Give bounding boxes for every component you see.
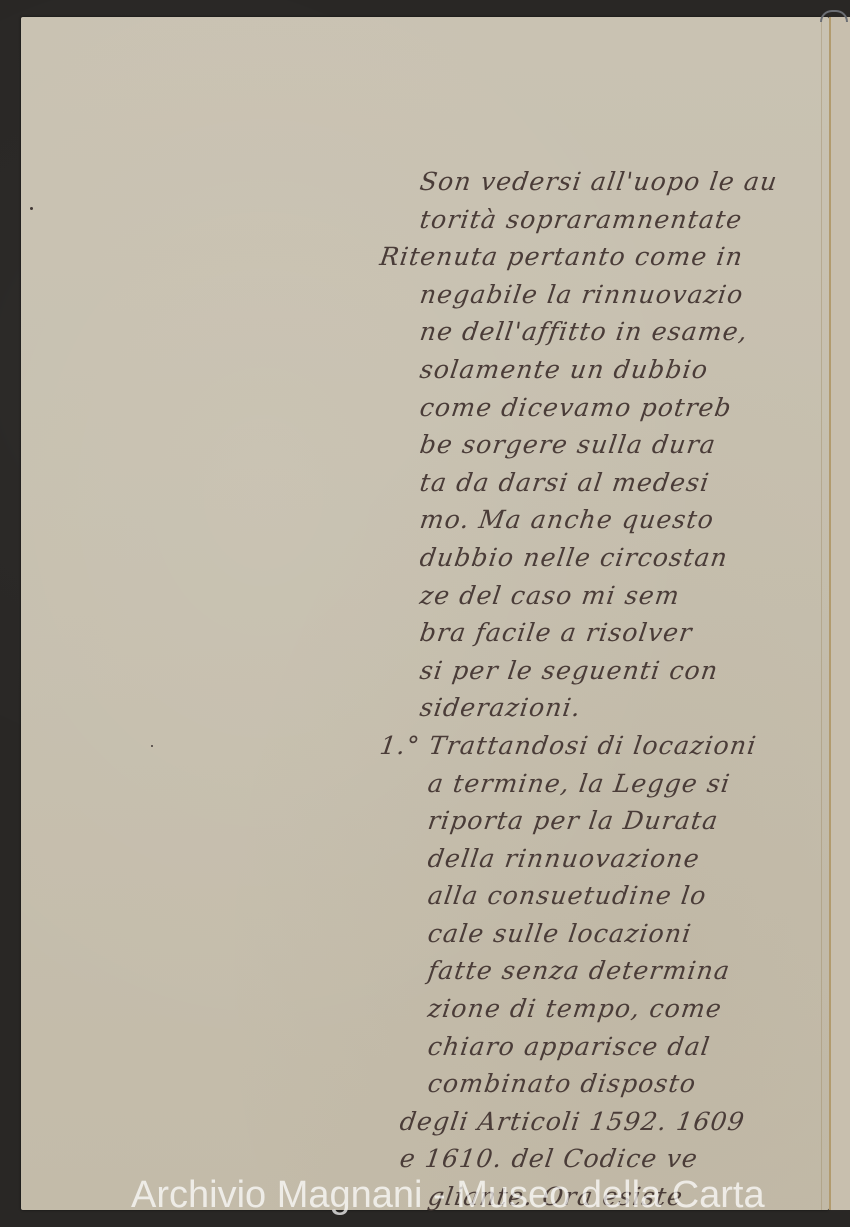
text-line: combinato disposto [347,1065,827,1103]
text-line: negabile la rinnuovazio [347,276,827,314]
ink-spot [30,207,33,210]
handwritten-text: Son vedersi all'uopo le au torità soprar… [350,163,825,1216]
text-line: Ritenuta pertanto come in [347,238,827,276]
text-line: ne dell'affitto in esame, [347,313,827,351]
text-line: dubbio nelle circostan [347,539,827,577]
text-line: si per le seguenti con [347,652,827,690]
text-line: bra facile a risolver [347,614,827,652]
text-line: 1.° Trattandosi di locazioni [347,727,827,765]
text-line: Son vedersi all'uopo le au [347,163,827,201]
text-line: siderazioni. [347,689,827,727]
text-line: solamente un dubbio [347,351,827,389]
text-line: ta da darsi al medesi [347,464,827,502]
text-line: ze del caso mi sem [347,577,827,615]
text-line: alla consuetudine lo [347,877,827,915]
text-line: mo. Ma anche questo [347,501,827,539]
text-line: della rinnuovazione [347,840,827,878]
text-line: fatte senza determina [347,952,827,990]
text-line: chiaro apparisce dal [347,1028,827,1066]
text-line: zione di tempo, come [347,990,827,1028]
text-line: a termine, la Legge si [347,765,827,803]
text-line: be sorgere sulla dura [347,426,827,464]
text-line: cale sulle locazioni [347,915,827,953]
text-line: e 1610. del Codice ve [347,1140,827,1178]
ink-spot [151,745,153,747]
text-line: riporta per la Durata [347,802,827,840]
text-line: come dicevamo potreb [347,389,827,427]
text-line: degli Articoli 1592. 1609 [347,1103,827,1141]
archive-watermark: Archivio Magnani - Museo della Carta [131,1176,765,1214]
text-line: torità sopraramnentate [347,201,827,239]
adjacent-page-edge [829,17,850,1210]
